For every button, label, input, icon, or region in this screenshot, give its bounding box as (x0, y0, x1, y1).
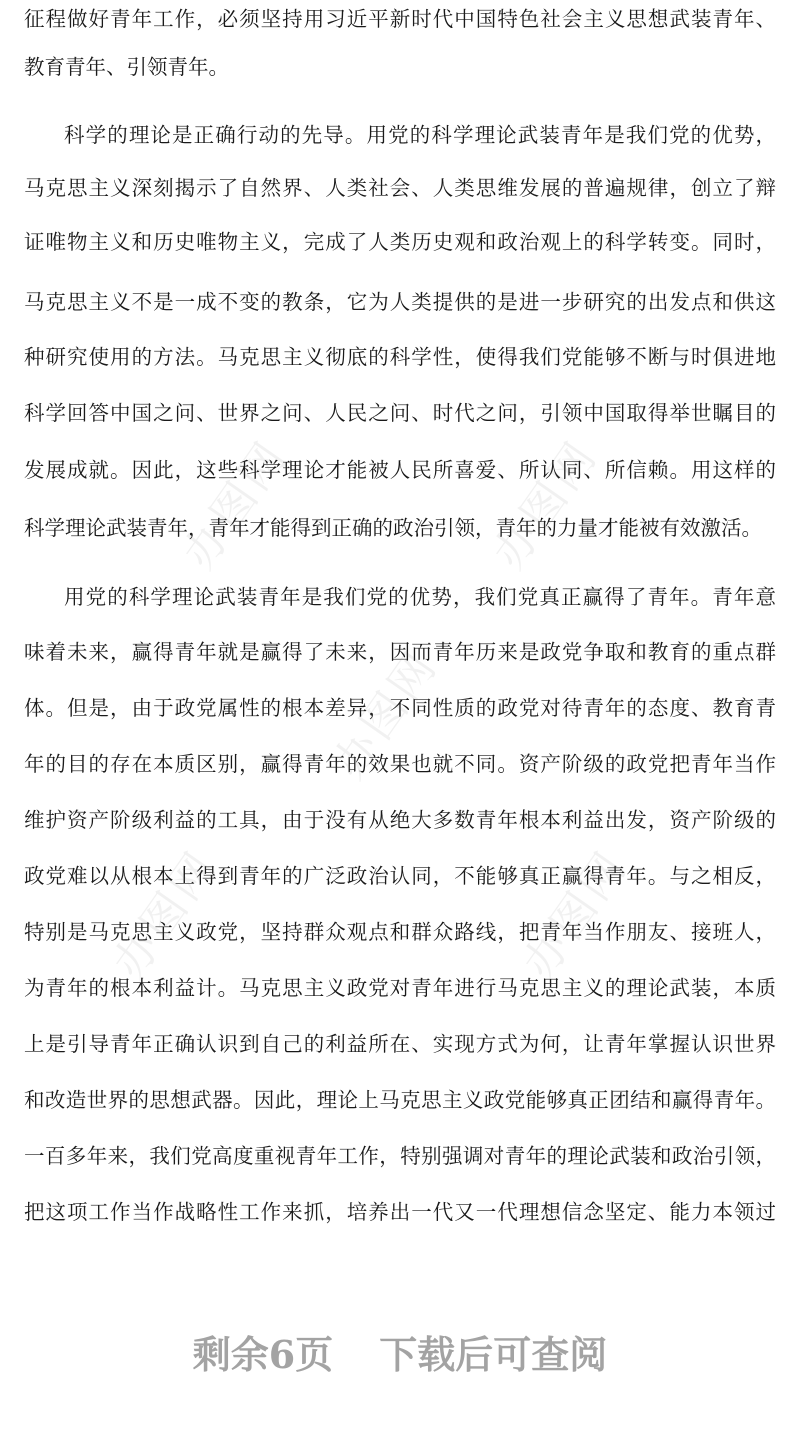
text-line: 政党难以从根本上得到青年的广泛政治认同，不能够真正赢得青年。与之相反， (24, 861, 776, 891)
text-line: 用党的科学理论武装青年是我们党的优势，我们党真正赢得了青年。青年意 (64, 582, 776, 612)
download-to-view-banner[interactable]: 剩余6页下载后可查阅 (0, 1330, 800, 1380)
text-line: 上是引导青年正确认识到自己的利益所在、实现方式为何，让青年掌握认识世界 (24, 1029, 776, 1059)
remaining-pages-label: 剩余6页 (193, 1332, 333, 1377)
text-line: 马克思主义深刻揭示了自然界、人类社会、人类思维发展的普遍规律，创立了辩 (24, 173, 776, 203)
download-prompt-label[interactable]: 下载后可查阅 (379, 1332, 607, 1377)
text-line: 科学的理论是正确行动的先导。用党的科学理论武装青年是我们党的优势， (64, 120, 776, 150)
text-line: 种研究使用的方法。马克思主义彻底的科学性，使得我们党能够不断与时俱进地 (24, 342, 776, 372)
text-line: 证唯物主义和历史唯物主义，完成了人类历史观和政治观上的科学转变。同时， (24, 227, 776, 257)
text-line: 征程做好青年工作，必须坚持用习近平新时代中国特色社会主义思想武装青年、 (24, 4, 776, 34)
watermark-text: 办图网 (94, 835, 229, 990)
text-line: 体。但是，由于政党属性的根本差异，不同性质的政党对待青年的态度、教育青 (24, 693, 776, 723)
text-line: 把这项工作当作战略性工作来抓，培养出一代又一代理想信念坚定、能力本领过 (24, 1197, 776, 1227)
text-line: 和改造世界的思想武器。因此，理论上马克思主义政党能够真正团结和赢得青年。 (24, 1085, 776, 1115)
text-line: 发展成就。因此，这些科学理论才能被人民所喜爱、所认同、所信赖。用这样的 (24, 455, 776, 485)
watermark-text: 办图网 (504, 835, 639, 990)
text-line: 年的目的存在本质区别，赢得青年的效果也就不同。资产阶级的政党把青年当作 (24, 749, 776, 779)
text-line: 特别是马克思主义政党，坚持群众观点和群众路线，把青年当作朋友、接班人， (24, 917, 776, 947)
watermark-text: 办图网 (474, 425, 609, 580)
text-line: 科学回答中国之问、世界之问、人民之问、时代之问，引领中国取得举世瞩目的 (24, 398, 776, 428)
text-line: 马克思主义不是一成不变的教条，它为人类提供的是进一步研究的出发点和供这 (24, 287, 776, 317)
text-line: 教育青年、引领青年。 (24, 52, 776, 82)
text-line: 为青年的根本利益计。马克思主义政党对青年进行马克思主义的理论武装，本质 (24, 973, 776, 1003)
text-line: 味着未来，赢得青年就是赢得了未来，因而青年历来是政党争取和教育的重点群 (24, 637, 776, 667)
text-line: 科学理论武装青年，青年才能得到正确的政治引领，青年的力量才能被有效激活。 (24, 513, 776, 543)
watermark-text: 办图网 (164, 425, 299, 580)
text-line: 一百多年来，我们党高度重视青年工作，特别强调对青年的理论武装和政治引领， (24, 1141, 776, 1171)
text-line: 维护资产阶级利益的工具，由于没有从绝大多数青年根本利益出发，资产阶级的 (24, 805, 776, 835)
